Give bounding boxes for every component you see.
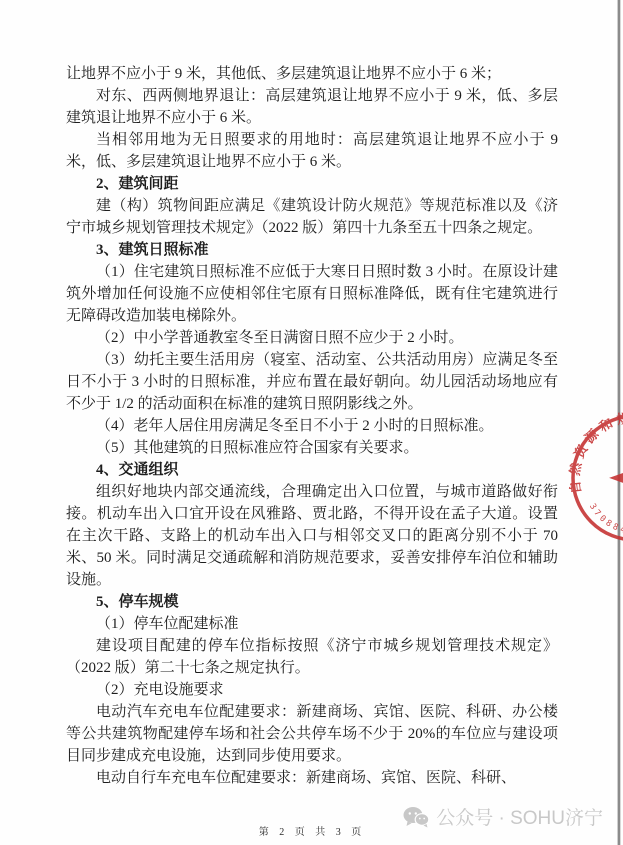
- paragraph: 当相邻用地为无日照要求的用地时：高层建筑退让地界不应小于 9 米，低、多层建筑退…: [66, 129, 558, 173]
- paragraph: （3）幼托主要生活用房（寝室、活动室、公共活动用房）应满足冬至日不小于 3 小时…: [66, 349, 558, 415]
- paragraph: （5）其他建筑的日照标准应符合国家有关要求。: [66, 437, 558, 459]
- seal-star: [604, 446, 623, 506]
- paragraph: 建设项目配建的停车位指标按照《济宁市城乡规划管理技术规定》（2022 版）第二十…: [66, 635, 558, 679]
- section-heading: 4、交通组织: [66, 459, 558, 481]
- document-page: 让地界不应小于 9 米，其他低、多层建筑退让地界不应小于 6 米； 对东、西两侧…: [0, 0, 623, 845]
- watermark: 公众号 · SOHU济宁: [403, 803, 603, 830]
- wechat-icon: [403, 806, 429, 828]
- paragraph: （1）停车位配建标准: [66, 613, 558, 635]
- scan-edge-line: [618, 0, 620, 845]
- section-heading: 2、建筑间距: [66, 173, 558, 195]
- paragraph: 组织好地块内部交通流线，合理确定出入口位置，与城市道路做好衔接。机动车出入口宜开…: [66, 481, 558, 591]
- watermark-label: 公众号 · SOHU济宁: [436, 803, 603, 830]
- section-heading: 3、建筑日照标准: [66, 239, 558, 261]
- paragraph: 对东、西两侧地界退让：高层建筑退让地界不应小于 9 米，低、多层建筑退让地界不应…: [66, 85, 558, 129]
- document-body: 让地界不应小于 9 米，其他低、多层建筑退让地界不应小于 6 米； 对东、西两侧…: [66, 63, 558, 789]
- paragraph: 让地界不应小于 9 米，其他低、多层建筑退让地界不应小于 6 米；: [66, 63, 558, 85]
- paragraph: （2）中小学普通教室冬至日满窗日照不应少于 2 小时。: [66, 327, 558, 349]
- section-heading: 5、停车规模: [66, 591, 558, 613]
- paragraph: （1）住宅建筑日照标准不应低于大寒日日照时数 3 小时。在原设计建筑外增加任何设…: [66, 261, 558, 327]
- paragraph: 电动自行车充电车位配建要求：新建商场、宾馆、医院、科研、: [66, 767, 558, 789]
- paragraph: （4）老年人居住用房满足冬至日不小于 2 小时的日照标准。: [66, 415, 558, 437]
- seal-arc-text: 自然资源和规划局: [558, 400, 623, 495]
- paragraph: 建（构）筑物间距应满足《建筑设计防火规范》等规范标准以及《济宁市城乡规划管理技术…: [66, 195, 558, 239]
- paragraph: 电动汽车充电车位配建要求：新建商场、宾馆、医院、科研、办公楼等公共建筑物配建停车…: [66, 701, 558, 767]
- official-seal: 自然资源和规划局 3708843: [558, 400, 623, 555]
- paragraph: （2）充电设施要求: [66, 679, 558, 701]
- svg-text:自然资源和规划局: 自然资源和规划局: [558, 400, 623, 495]
